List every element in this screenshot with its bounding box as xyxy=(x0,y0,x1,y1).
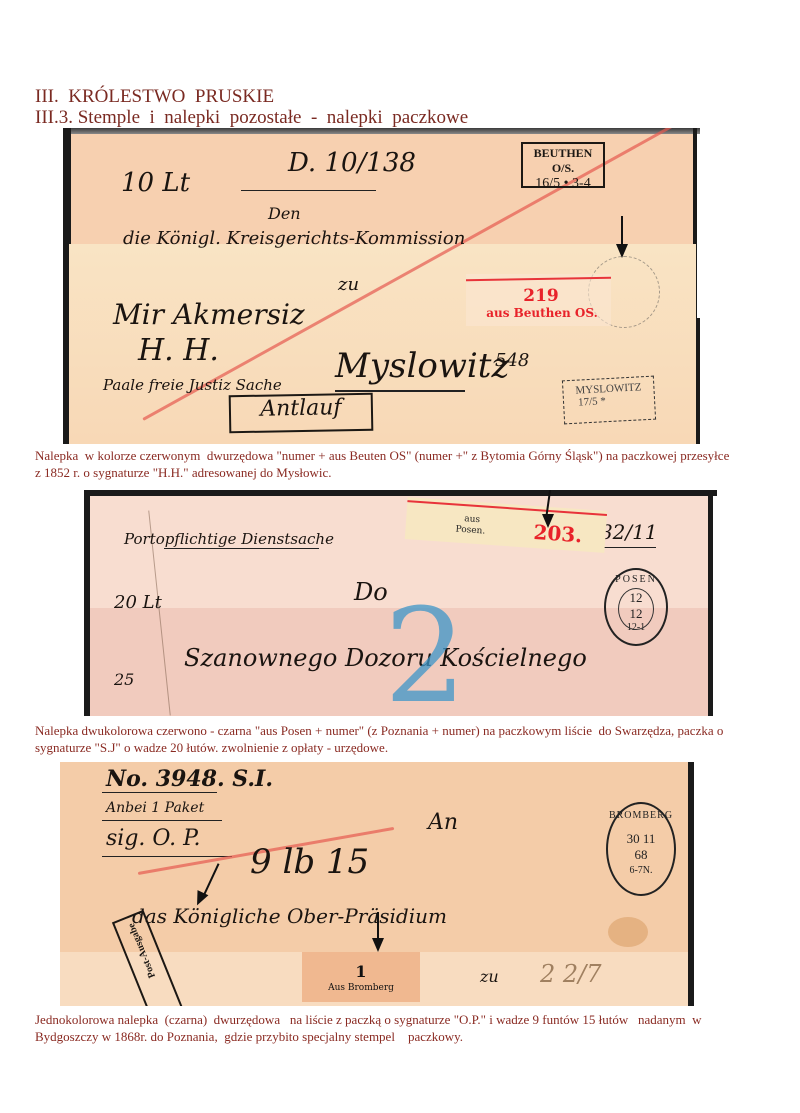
caption-beuthen: Nalepka w kolorze czerwonym dwurzędowa "… xyxy=(35,447,775,481)
arrowhead-icon xyxy=(372,938,384,952)
blue-crayon-mark: 2 xyxy=(384,580,467,716)
handwriting: H. H. xyxy=(138,333,219,368)
postmark-line: 17/5 * xyxy=(578,393,655,409)
parcel-label-text: Aus Bromberg xyxy=(302,983,420,993)
postmark-beuthen: BEUTHEN O/S. 16/5 • 3-4 xyxy=(521,142,605,188)
handwriting: 9 lb 15 xyxy=(250,842,369,882)
postmark-myslowitz: MYSLOWITZ 17/5 * xyxy=(562,376,656,425)
parcel-label-number: 1 xyxy=(302,962,420,981)
handwriting: die Königl. Kreisgerichts-Kommission xyxy=(123,228,465,249)
handwriting: Do xyxy=(354,578,388,606)
caption-posen: Nalepka dwukolorowa czerwono - czarna "a… xyxy=(35,722,775,756)
handwriting: 20 Lt xyxy=(114,592,162,613)
parcel-label-prefix: Posen. xyxy=(455,525,485,537)
postmark-line: BROMBERG xyxy=(608,810,674,821)
antlauf-box: Antlauf xyxy=(229,393,374,434)
antlauf-text: Antlauf xyxy=(231,395,371,422)
parcel-label-bromberg: 1 Aus Bromberg xyxy=(302,952,420,1002)
handwriting: 10 Lt xyxy=(121,168,190,198)
parcel-label-text: aus Beuthen OS. xyxy=(472,306,612,320)
arrow-icon xyxy=(621,216,623,246)
handwriting: An xyxy=(428,810,458,835)
postmark-posen: POSEN 12 12 12-1 xyxy=(604,568,668,646)
handwriting: D. 10/138 xyxy=(288,148,416,178)
postmark-bromberg: BROMBERG 30 11 68 6-7N. xyxy=(606,802,676,896)
parcel-label-beuthen: 219 aus Beuthen OS. xyxy=(466,274,611,326)
postmark-line: POSEN xyxy=(606,574,666,585)
handwriting: sig. O. P. xyxy=(106,826,200,851)
handwriting: 548 xyxy=(495,350,529,371)
page-heading: III. KRÓLESTWO PRUSKIE xyxy=(35,86,274,108)
handwriting: zu xyxy=(338,274,359,295)
cover-image-posen: Portopflichtige Dienstsache No 82/11 Do … xyxy=(84,490,717,716)
handwriting: Anbei 1 Paket xyxy=(106,800,204,816)
postmark-line: BEUTHEN O/S. xyxy=(523,146,603,176)
cover-image-beuthen: 10 Lt D. 10/138 Den die Königl. Kreisger… xyxy=(63,128,700,444)
cover-image-bromberg: No. 3948. S.I. Anbei 1 Paket sig. O. P. … xyxy=(60,762,698,1006)
handwriting: Portopflichtige Dienstsache xyxy=(124,530,334,548)
handwriting: Den xyxy=(268,204,301,223)
arrowhead-icon xyxy=(542,514,554,528)
parcel-label-prefix: aus xyxy=(464,514,480,525)
parcel-label-number: 219 xyxy=(506,286,576,306)
handwriting: No. 3948. S.I. xyxy=(106,766,273,792)
handwriting: Paale freie Justiz Sache xyxy=(103,376,282,394)
page-subheading: III.3. Stemple i nalepki pozostałe - nal… xyxy=(35,107,468,129)
handwriting: 25 xyxy=(114,670,134,689)
handwriting: zu xyxy=(480,967,499,986)
handwriting: das Königliche Ober-Präsidium xyxy=(132,904,447,928)
postmark-line: 68 xyxy=(608,847,674,863)
caption-bromberg: Jednokolorowa nalepka (czarna) dwurzędow… xyxy=(35,1011,775,1045)
handwriting: Mir Akmersiz xyxy=(113,298,305,331)
postmark-line: 16/5 • 3-4 xyxy=(523,176,603,192)
handwriting: 2 2/7 xyxy=(540,960,602,988)
handwriting: Myslowitz xyxy=(335,346,509,386)
parcel-label-number: 203. xyxy=(533,520,583,547)
postmark-line: 6-7N. xyxy=(608,865,674,876)
postmark-line: 30 11 xyxy=(608,831,674,847)
